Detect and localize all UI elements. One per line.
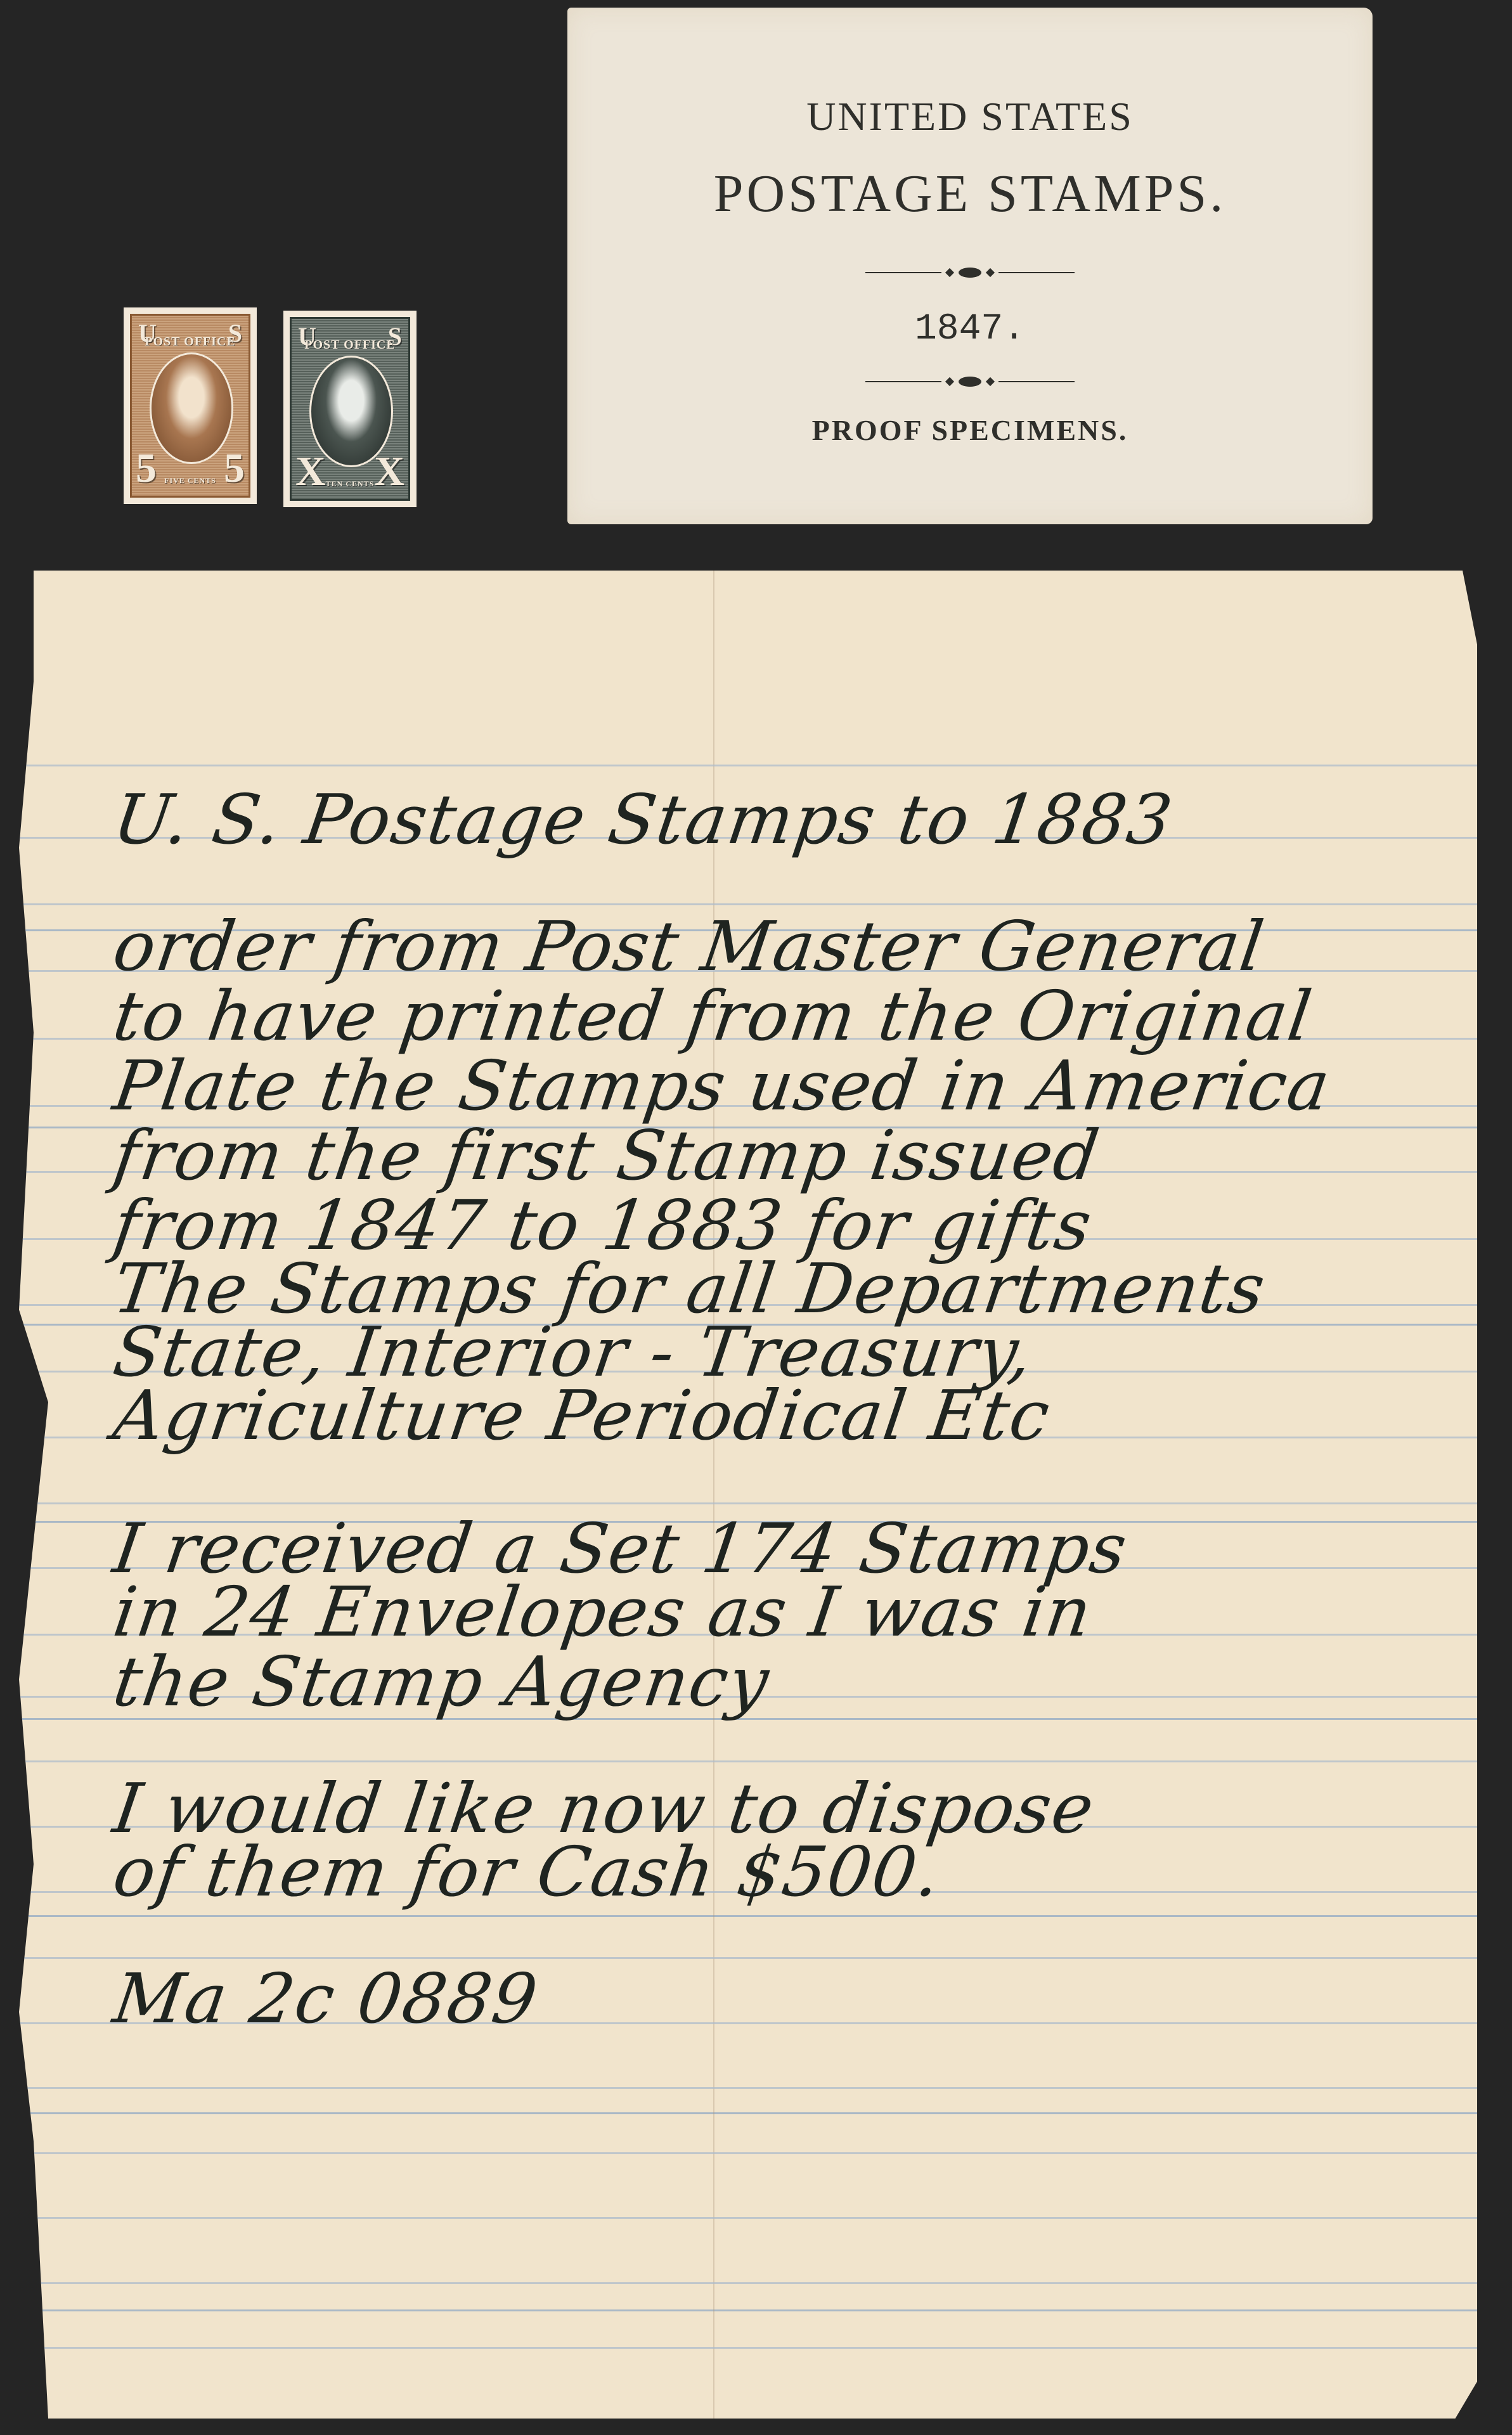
letter-line: from the first Stamp issued (109, 1122, 1444, 1191)
letter-line: the Stamp Agency (109, 1648, 1444, 1717)
stamp-ten-cents-washington: U S POST OFFICE X X TEN CENTS (283, 311, 417, 507)
ruled-line (19, 2087, 1477, 2089)
ruled-line (19, 1760, 1477, 1762)
ruled-line (19, 2347, 1477, 2349)
stamp-top-text: POST OFFICE (132, 335, 249, 349)
letter-line: to have printed from the Original (109, 983, 1444, 1051)
proof-specimens-card: UNITED STATES POSTAGE STAMPS. 1847. PROO… (567, 8, 1373, 524)
stamp-denomination: FIVE CENTS (132, 476, 249, 486)
stamp-frame: U S POST OFFICE 5 5 FIVE CENTS (130, 314, 250, 498)
ruled-line (19, 903, 1477, 905)
ruled-line (19, 1502, 1477, 1504)
letter-line: order from Post Master General (109, 913, 1444, 981)
ruled-line (19, 1957, 1477, 1959)
letter-line: U. S. Postage Stamps to 1883 (109, 786, 1444, 855)
card-footer: PROOF SPECIMENS. (567, 413, 1373, 447)
letter-line: of them for Cash $500. (109, 1838, 1444, 1907)
stamp-frame: U S POST OFFICE X X TEN CENTS (290, 317, 410, 501)
ornament-divider-icon (865, 375, 1075, 388)
card-heading-united-states: UNITED STATES (567, 93, 1373, 140)
card-year: 1847. (567, 309, 1373, 350)
stamp-denomination: TEN CENTS (292, 479, 408, 489)
ruled-line (19, 2152, 1477, 2154)
letter-line: Plate the Stamps used in America (109, 1052, 1444, 1121)
stamp-top-text: POST OFFICE (292, 338, 408, 352)
ruled-line (19, 2217, 1477, 2219)
letter-line: Agriculture Periodical Etc (109, 1382, 1444, 1450)
stamp-five-cents-franklin: U S POST OFFICE 5 5 FIVE CENTS (124, 307, 257, 504)
letter-date: Ma 2c 0889 (109, 1965, 1444, 2034)
handwritten-letter: U. S. Postage Stamps to 1883 order from … (19, 571, 1477, 2419)
portrait-franklin-icon (150, 352, 233, 464)
letter-line: in 24 Envelopes as I was in (109, 1579, 1444, 1647)
card-heading-postage-stamps: POSTAGE STAMPS. (567, 163, 1373, 224)
ruled-line (19, 765, 1477, 766)
ornament-divider-icon (865, 266, 1075, 279)
ruled-line (19, 2282, 1477, 2284)
